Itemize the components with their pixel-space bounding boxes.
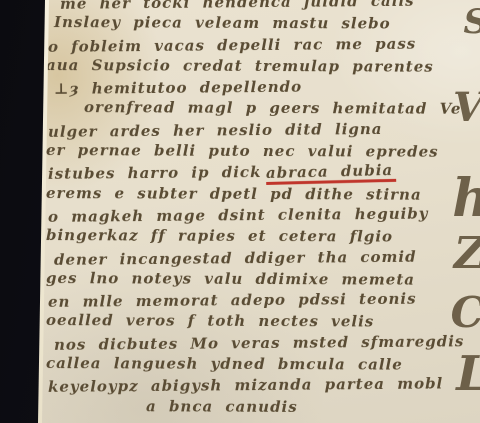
script-line: ges lno noteys valu ddimixe memeta xyxy=(46,269,480,292)
script-line: dener incangestad ddiger tha comid xyxy=(54,247,480,272)
script-line: bingerkaz ff rapies et cetera flgio xyxy=(46,226,480,249)
manuscript-text: me her tocki hendenca juldid calls Insla… xyxy=(46,0,480,419)
script-line: orenfread magl p geers hemitatad Ve xyxy=(84,99,480,122)
script-line: oealled veros f toth nectes velis xyxy=(46,312,480,335)
script-line: erems e subter dpetl pd dithe stirna xyxy=(46,184,480,207)
script-line: nos dicbutes Mo veras msted sfmaregdis xyxy=(54,332,480,357)
script-line: o fobleim vacas depelli rac me pass xyxy=(48,34,480,59)
script-line: a bnca canudis xyxy=(146,397,480,420)
script-line: istubes harro ip dickabraca dubia xyxy=(48,161,480,186)
script-line-text: istubes harro ip dick xyxy=(48,163,262,183)
script-line: Inslaey pieca veleam mastu slebo xyxy=(54,13,480,36)
script-line: aua Supsicio credat tremulap parentes xyxy=(46,56,480,79)
manuscript-photo: me her tocki hendenca juldid calls Insla… xyxy=(0,0,480,423)
manuscript-page: me her tocki hendenca juldid calls Insla… xyxy=(0,0,480,423)
script-line: ulger ardes her neslio ditd ligna xyxy=(48,119,480,144)
red-underlined-phrase: abraca dubia xyxy=(266,163,397,185)
script-line: keyeloypz abigysh mizanda partea mobl xyxy=(48,374,480,399)
